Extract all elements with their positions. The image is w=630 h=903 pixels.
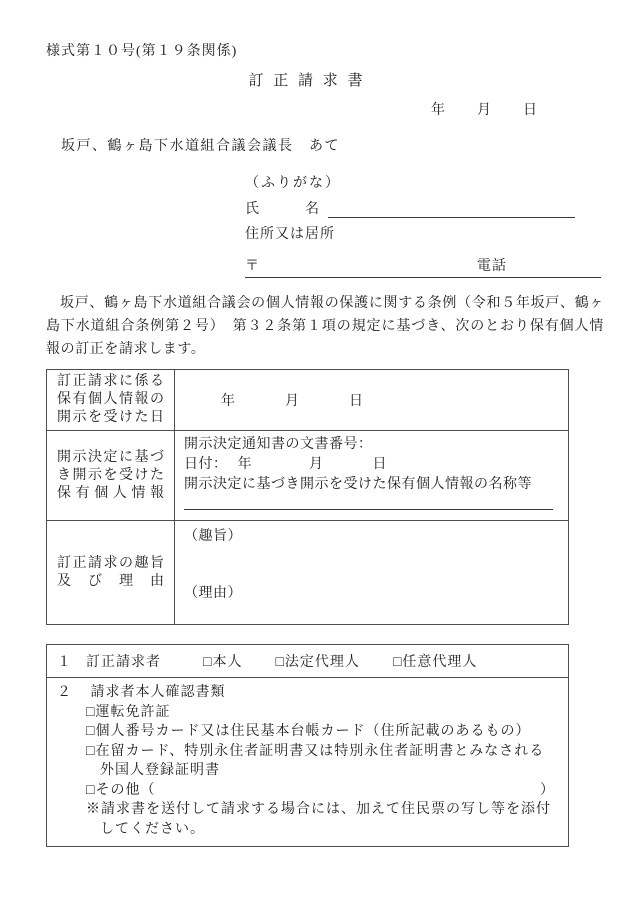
form-number: 様式第１０号(第１９条関係) [46, 40, 630, 60]
postal-mark: 〒 [245, 255, 260, 275]
disclosure-date-header: 訂正請求に係る保有個人情報の開示を受けた日 [57, 373, 164, 427]
other-close-label: ） [540, 781, 555, 801]
checkbox-legal-representative[interactable]: □法定代理人 [275, 651, 359, 671]
header-date-year-label: 年 [431, 99, 446, 119]
decision-date-line: 日付：年月日 [184, 455, 559, 475]
name-field-row: 氏 名 [245, 196, 601, 218]
item-number: ２ [57, 683, 86, 703]
table-row-disclosure-date: 訂正請求に係る保有個人情報の開示を受けた日 年 月 日 [47, 370, 569, 431]
other-open-label: □その他（ [86, 781, 155, 801]
row-header-cell: 訂正請求に係る保有個人情報の開示を受けた日 [47, 370, 175, 431]
table-row-purpose-reason: 訂正請求の趣旨及び理由 （趣旨） （理由） [47, 521, 569, 625]
requester-table: １ 訂正請求者 □本人 □法定代理人 □任意代理人 ２ 請求者本人確認書類 □運… [46, 644, 569, 847]
item-number: １ [57, 651, 86, 671]
header-date-month-label: 月 [477, 99, 492, 119]
day-label: 日 [349, 390, 364, 410]
addressee-line: 坂戸、鶴ヶ島下水道組合議会議長 あて [61, 135, 630, 155]
header-date-day-label: 日 [523, 99, 538, 119]
table-row-requester-type: １ 訂正請求者 □本人 □法定代理人 □任意代理人 [47, 645, 569, 678]
mailing-note-line2: してください。 [57, 820, 558, 840]
doc-number-label: 開示決定通知書の文書番号： [184, 435, 559, 455]
requester-type-label: 訂正請求者 [86, 651, 161, 671]
month-label: 月 [309, 457, 324, 472]
requester-type-cell: １ 訂正請求者 □本人 □法定代理人 □任意代理人 [47, 645, 569, 678]
table-row-identity-documents: ２ 請求者本人確認書類 □運転免許証 □個人番号カード又は住民基本台帳カード（住… [47, 678, 569, 847]
identity-documents-title: 請求者本人確認書類 [91, 685, 226, 700]
applicant-block: （ふりがな） 氏 名 住所又は居所 〒 電話 [245, 172, 601, 278]
address-label: 住所又は居所 [245, 223, 601, 243]
furigana-label: （ふりがな） [245, 172, 601, 192]
request-detail-table: 訂正請求に係る保有個人情報の開示を受けた日 年 月 日 開示決定に基づき開示を受… [46, 369, 569, 625]
phone-label: 電話 [477, 255, 507, 275]
header-date-row: 年 月 日 [46, 99, 568, 119]
disclosure-date-fields: 年 月 日 [184, 390, 559, 410]
info-name-input-line[interactable] [184, 508, 553, 510]
checkbox-voluntary-representative[interactable]: □任意代理人 [393, 651, 477, 671]
disclosed-info-cell[interactable]: 開示決定通知書の文書番号： 日付：年月日 開示決定に基づき開示を受けた保有個人情… [175, 431, 569, 521]
residence-card-continuation: 外国人登録証明書 [57, 761, 558, 781]
form-page: 様式第１０号(第１９条関係) 訂 正 請 求 書 年 月 日 坂戸、鶴ヶ島下水道… [0, 0, 630, 903]
table-row-disclosed-info: 開示決定に基づき開示を受けた保有個人情報 開示決定通知書の文書番号： 日付：年月… [47, 431, 569, 521]
purpose-reason-header: 訂正請求の趣旨及び理由 [57, 555, 164, 591]
purpose-label: （趣旨） [184, 527, 559, 547]
checkbox-other[interactable]: □その他（ ） [57, 781, 558, 801]
requester-type-line: １ 訂正請求者 □本人 □法定代理人 □任意代理人 [57, 651, 558, 671]
identity-documents-cell: ２ 請求者本人確認書類 □運転免許証 □個人番号カード又は住民基本台帳カード（住… [47, 678, 569, 847]
year-label: 年 [221, 390, 236, 410]
disclosure-date-cell[interactable]: 年 月 日 [175, 370, 569, 431]
page-title: 訂 正 請 求 書 [46, 69, 568, 90]
date-prefix-label: 日付： [184, 457, 228, 472]
requester-type-options: □本人 □法定代理人 □任意代理人 [203, 651, 477, 671]
disclosed-info-header: 開示決定に基づき開示を受けた保有個人情報 [57, 449, 164, 503]
reason-label: （理由） [184, 584, 559, 604]
checkbox-residence-card[interactable]: □在留カード、特別永住者証明書又は特別永住者証明書とみなされる [57, 742, 558, 762]
row-header-cell: 開示決定に基づき開示を受けた保有個人情報 [47, 431, 175, 521]
checkbox-drivers-license[interactable]: □運転免許証 [57, 703, 558, 723]
identity-documents-title-line: ２ 請求者本人確認書類 [57, 683, 558, 703]
postal-phone-input-line[interactable]: 〒 電話 [245, 255, 601, 278]
day-label: 日 [373, 457, 388, 472]
year-label: 年 [238, 457, 253, 472]
row-header-cell: 訂正請求の趣旨及び理由 [47, 521, 175, 625]
info-name-label: 開示決定に基づき開示を受けた保有個人情報の名称等 [184, 475, 559, 495]
checkbox-self[interactable]: □本人 [203, 651, 242, 671]
checkbox-my-number-card[interactable]: □個人番号カード又は住民基本台帳カード（住所記載のあるもの） [57, 722, 558, 742]
name-input-line[interactable] [328, 195, 575, 218]
declaration-paragraph: 坂戸、鶴ヶ島下水道組合議会の個人情報の保護に関する条例（令和５年坂戸、鶴ヶ島下水… [46, 292, 604, 361]
name-label: 氏 名 [245, 198, 320, 218]
month-label: 月 [285, 390, 300, 410]
mailing-note-line1: ※請求書を送付して請求する場合には、加えて住民票の写し等を添付 [57, 800, 558, 820]
purpose-reason-cell[interactable]: （趣旨） （理由） [175, 521, 569, 625]
